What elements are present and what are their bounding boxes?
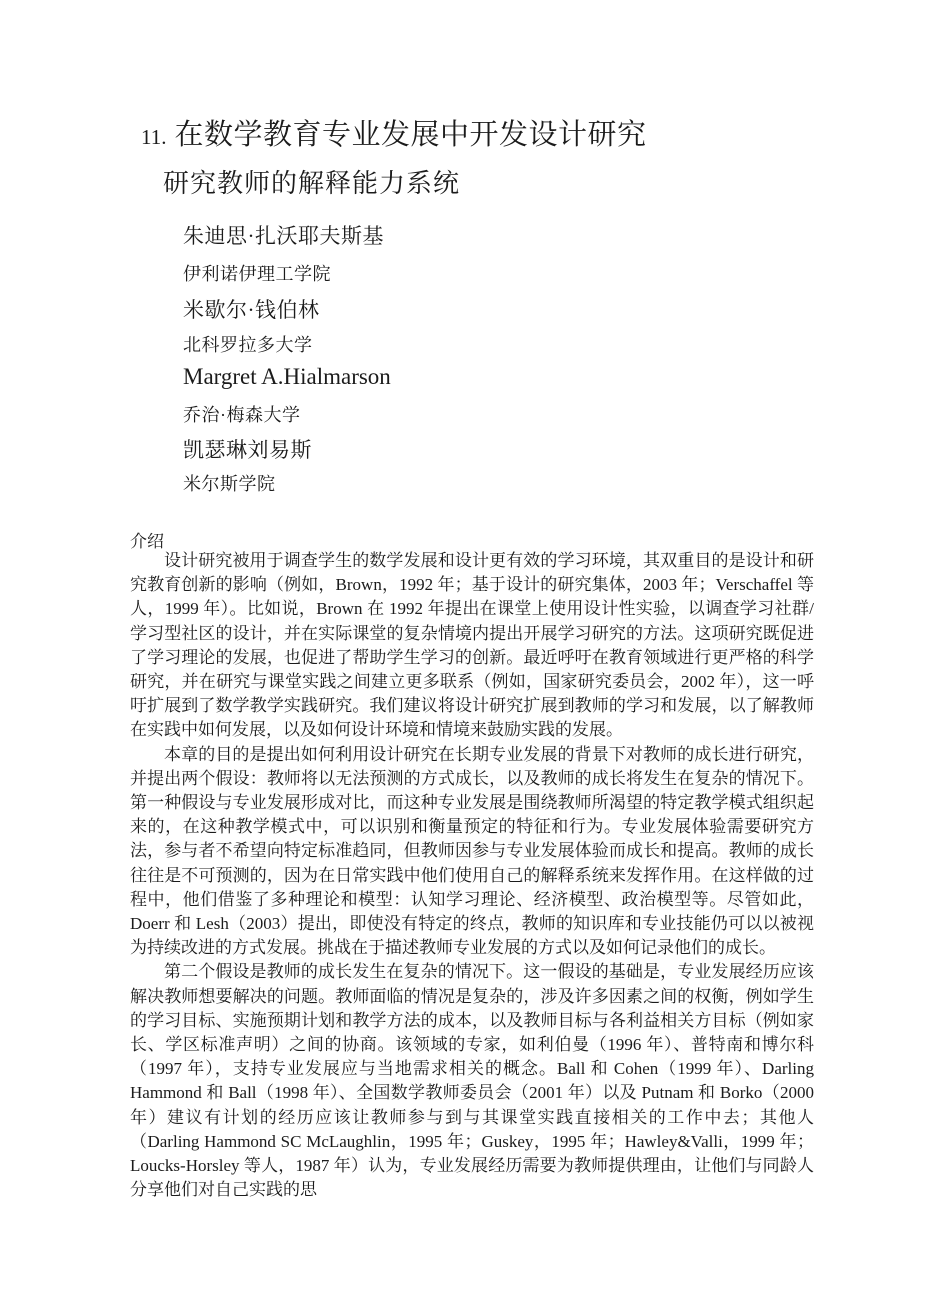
author-name: Margret A.Hialmarson: [183, 364, 391, 390]
chapter-title: 11.在数学教育专业发展中开发设计研究: [141, 112, 647, 153]
author-affiliation: 乔治·梅森大学: [183, 401, 301, 427]
author-name: 米歇尔·钱伯林: [183, 294, 320, 324]
body-text: 设计研究被用于调查学生的数学发展和设计更有效的学习环境，其双重目的是设计和研究教…: [130, 549, 814, 1202]
author-name: 凯瑟琳刘易斯: [183, 434, 312, 464]
author-affiliation: 米尔斯学院: [183, 470, 276, 496]
chapter-subtitle: 研究教师的解释能力系统: [163, 163, 460, 200]
paragraph: 本章的目的是提出如何利用设计研究在长期专业发展的背景下对教师的成长进行研究，并提…: [130, 743, 814, 961]
paragraph: 第二个假设是教师的成长发生在复杂的情况下。这一假设的基础是，专业发展经历应该解决…: [130, 960, 814, 1202]
document-page: 11.在数学教育专业发展中开发设计研究 研究教师的解释能力系统 朱迪思·扎沃耶夫…: [0, 0, 926, 1309]
author-name: 朱迪思·扎沃耶夫斯基: [183, 220, 384, 250]
author-affiliation: 伊利诺伊理工学院: [183, 260, 331, 286]
paragraph: 设计研究被用于调查学生的数学发展和设计更有效的学习环境，其双重目的是设计和研究教…: [130, 549, 814, 743]
author-affiliation: 北科罗拉多大学: [183, 331, 313, 357]
chapter-number: 11.: [141, 125, 166, 149]
chapter-title-text: 在数学教育专业发展中开发设计研究: [174, 119, 646, 151]
